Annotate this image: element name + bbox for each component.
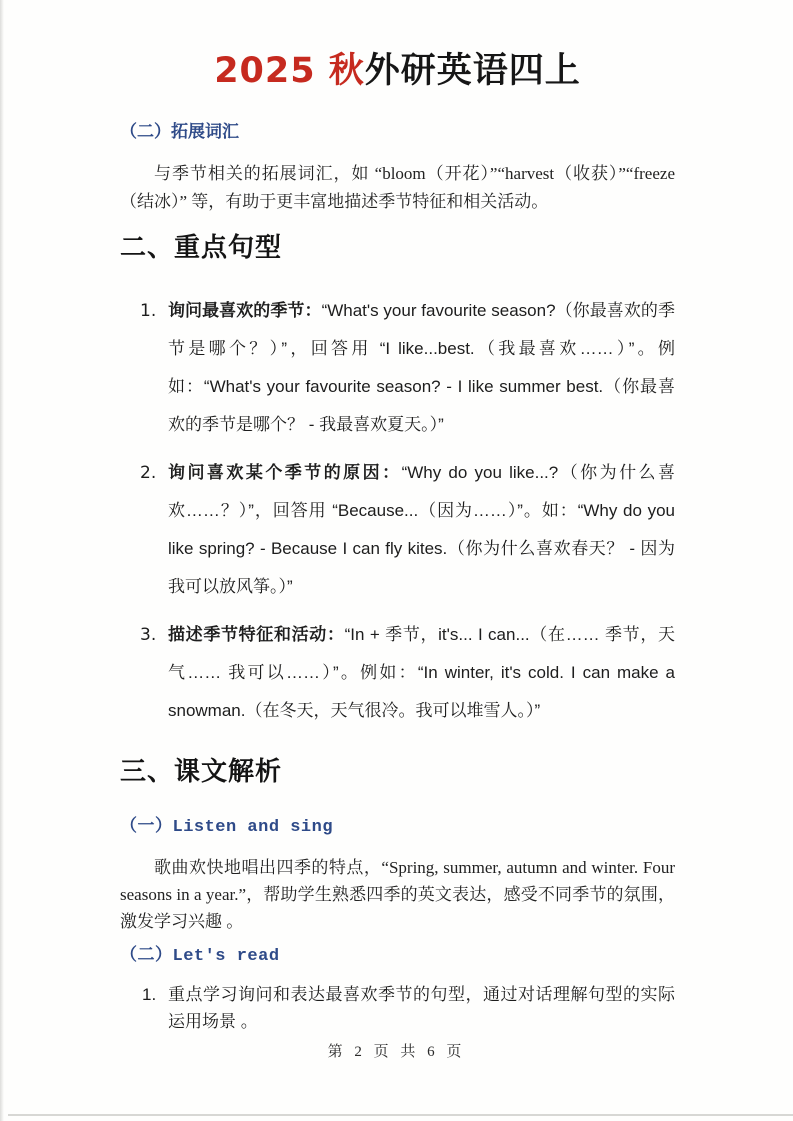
list-item-number: 2.	[140, 454, 168, 606]
list-item-text: 描述季节特征和活动：“In + 季节，it's... I can...（在…… …	[168, 616, 675, 730]
subsection-heading-vocab: （二）拓展词汇	[120, 120, 675, 144]
page-content: 2025 秋外研英语四上 （二）拓展词汇 与季节相关的拓展词汇，如 “bloom…	[0, 0, 793, 1035]
lets-read-list: 1. 重点学习询问和表达最喜欢季节的句型，通过对话理解句型的实际运用场景 。	[120, 981, 675, 1035]
page-title-book-name: 外研英语四上	[365, 51, 581, 91]
subsection-heading-listen-and-sing: （一）Listen and sing	[120, 816, 675, 840]
subsection-heading-lets-read: （二）Let's read	[120, 945, 675, 969]
list-item-content: “Why do you like...?（你为什么喜欢……？）”，回答用 “Be…	[168, 463, 675, 596]
page-title-year-season: 2025 秋	[214, 51, 365, 91]
list-item-text: 询问喜欢某个季节的原因：“Why do you like...?（你为什么喜欢……	[168, 454, 675, 606]
list-item-content: “What's your favourite season?（你最喜欢的季节是哪…	[168, 301, 675, 434]
listen-and-sing-paragraph: 歌曲欢快地唱出四季的特点，“Spring, summer, autumn and…	[120, 854, 675, 935]
list-item: 1. 重点学习询问和表达最喜欢季节的句型，通过对话理解句型的实际运用场景 。	[142, 981, 675, 1035]
vocab-paragraph: 与季节相关的拓展词汇，如 “bloom（开花）”“harvest（收获）”“fr…	[120, 160, 675, 216]
list-item-text: 询问最喜欢的季节：“What's your favourite season?（…	[168, 292, 675, 444]
list-item-lead: 询问喜欢某个季节的原因：	[168, 463, 402, 482]
list-item-number: 1.	[140, 292, 168, 444]
list-item-lead: 询问最喜欢的季节：	[168, 301, 322, 320]
page-left-edge	[0, 0, 4, 1121]
section-heading-text-analysis: 三、课文解析	[120, 754, 675, 790]
page-bottom-edge	[8, 1114, 793, 1116]
section-heading-key-sentences: 二、重点句型	[120, 230, 675, 266]
list-item: 3. 描述季节特征和活动：“In + 季节，it's... I can...（在…	[140, 616, 675, 730]
list-item-text: 重点学习询问和表达最喜欢季节的句型，通过对话理解句型的实际运用场景 。	[168, 981, 675, 1035]
sentence-pattern-list: 1. 询问最喜欢的季节：“What's your favourite seaso…	[120, 292, 675, 730]
document-page: 2025 秋外研英语四上 （二）拓展词汇 与季节相关的拓展词汇，如 “bloom…	[0, 0, 793, 1121]
list-item: 2. 询问喜欢某个季节的原因：“Why do you like...?（你为什么…	[140, 454, 675, 606]
page-title: 2025 秋外研英语四上	[120, 0, 675, 94]
list-item-number: 1.	[142, 981, 168, 1035]
list-item-lead: 描述季节特征和活动：	[168, 625, 345, 644]
page-number-footer: 第 2 页 共 6 页	[0, 1040, 793, 1061]
list-item-number: 3.	[140, 616, 168, 730]
list-item: 1. 询问最喜欢的季节：“What's your favourite seaso…	[140, 292, 675, 444]
